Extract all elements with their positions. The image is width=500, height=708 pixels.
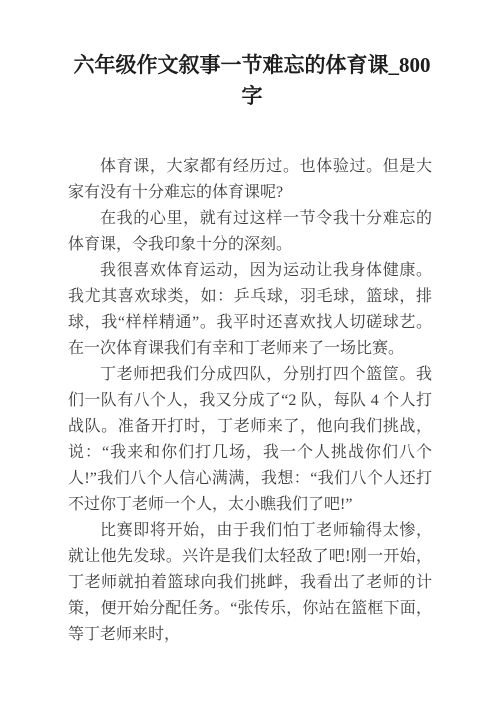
paragraph-match-start: 比赛即将开始，由于我们怕丁老师输得太惨，就让他先发球。兴许是我们太轻敌了吧!刚一… — [68, 518, 432, 648]
paragraph-teams-challenge: 丁老师把我们分成四队，分别打四个篮筐。我们一队有八个人，我又分成了“2 队，每队… — [68, 362, 432, 518]
paragraph-memorable-class: 在我的心里，就有过这样一节令我十分难忘的体育课，令我印象十分的深刻。 — [68, 206, 432, 258]
article-body: 体育课，大家都有经历过。也体验过。但是大家有没有十分难忘的体育课呢? 在我的心里… — [68, 154, 432, 648]
paragraph-intro: 体育课，大家都有经历过。也体验过。但是大家有没有十分难忘的体育课呢? — [68, 154, 432, 206]
document-page: 六年级作文叙事一节难忘的体育课_800字 体育课，大家都有经历过。也体验过。但是… — [0, 0, 500, 708]
page-title: 六年级作文叙事一节难忘的体育课_800字 — [68, 50, 436, 112]
paragraph-love-sports: 我很喜欢体育运动，因为运动让我身体健康。我尤其喜欢球类，如：乒乓球，羽毛球，篮球… — [68, 258, 432, 362]
